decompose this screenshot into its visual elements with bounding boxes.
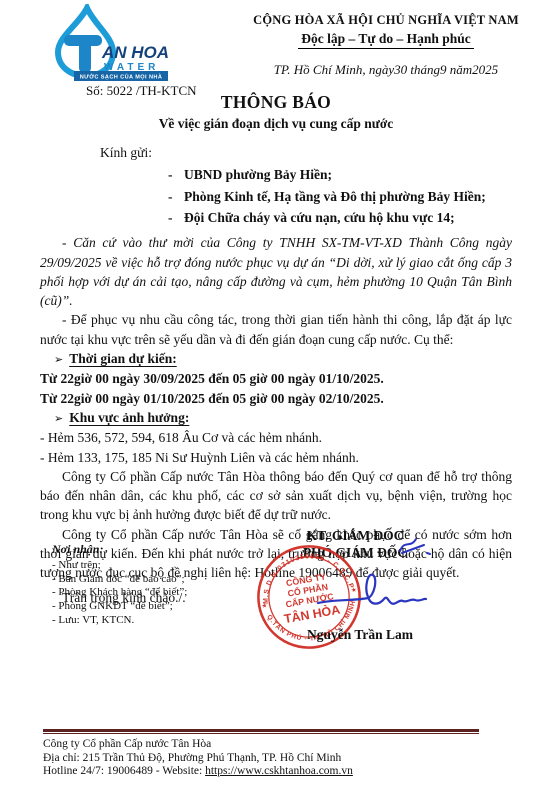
company-logo: AN HOA WATER NƯỚC SẠCH CỦA MỌI NHÀ	[46, 4, 170, 86]
signer-name: Nguyễn Trần Lam	[285, 627, 435, 643]
handwritten-signature	[316, 565, 428, 627]
distribution-item: - Như trên;	[52, 559, 187, 573]
time-line: Từ 22giờ 00 ngày 01/10/2025 đến 05 giờ 0…	[40, 389, 512, 408]
page-subtitle: Về việc gián đoạn dịch vụ cung cấp nước	[40, 114, 512, 133]
arrow-bullet-icon: ➢	[54, 412, 63, 425]
distribution-label: Nơi nhận:	[52, 543, 187, 557]
time-line: Từ 22giờ 00 ngày 30/09/2025 đến 05 giờ 0…	[40, 369, 512, 388]
paragraph-notify: Công ty Cổ phần Cấp nước Tân Hòa thông b…	[40, 467, 512, 525]
pen-initial-mark	[396, 535, 432, 559]
distribution-list: Nơi nhận: - Như trên; - Ban Giám đốc “để…	[52, 543, 187, 628]
area-line: - Hẻm 133, 175, 185 Ni Sư Huỳnh Liên và …	[40, 448, 512, 467]
logo-brand-text: AN HOA	[101, 43, 169, 62]
pen-mark-icon	[396, 535, 432, 559]
time-heading-text: Thời gian dự kiến:	[69, 351, 177, 366]
website-link[interactable]: https://www.cskhtanhoa.com.vn	[205, 765, 353, 777]
arrow-bullet-icon: ➢	[54, 353, 63, 366]
dash-bullet: -	[168, 186, 184, 208]
dash-bullet: -	[168, 164, 184, 186]
paragraph-purpose: - Để phục vụ nhu cầu công tác, trong thờ…	[40, 310, 512, 349]
page-footer: Công ty Cổ phần Cấp nước Tân Hòa Địa chỉ…	[43, 729, 479, 779]
dash-bullet: -	[168, 207, 184, 229]
footer-company: Công ty Cổ phần Cấp nước Tân Hòa	[43, 738, 479, 752]
area-heading: ➢Khu vực ảnh hưởng:	[54, 408, 512, 428]
area-heading-text: Khu vực ảnh hưởng:	[69, 410, 189, 425]
time-heading: ➢Thời gian dự kiến:	[54, 349, 512, 369]
recipient-text: UBND phường Bảy Hiền;	[184, 164, 332, 186]
salutation: Kính gửi:	[100, 143, 512, 162]
recipient-item: - Phòng Kinh tế, Hạ tầng và Đô thị phườn…	[168, 186, 512, 208]
signature-scribble-icon	[316, 565, 428, 627]
stamp-star-left-icon: ★	[261, 602, 268, 610]
recipient-item: - Đội Chữa cháy và cứu nạn, cứu hộ khu v…	[168, 207, 512, 229]
recipient-text: Đội Chữa cháy và cứu nạn, cứu hộ khu vực…	[184, 207, 455, 229]
national-header: CỘNG HÒA XÃ HỘI CHỦ NGHĨA VIỆT NAM Độc l…	[235, 13, 537, 78]
national-motto: Độc lập – Tự do – Hạnh phúc	[298, 31, 474, 49]
distribution-item: - Phòng Khách hàng “để biết”;	[52, 586, 187, 600]
distribution-item: - Lưu: VT, KTCN.	[52, 614, 187, 628]
footer-rule-thin	[43, 733, 479, 734]
recipient-text: Phòng Kinh tế, Hạ tầng và Đô thị phường …	[184, 186, 486, 208]
footer-hotline-prefix: Hotline 24/7: 19006489 - Website:	[43, 765, 205, 777]
place-date-line: TP. Hồ Chí Minh, ngày30 tháng9 năm2025	[235, 62, 537, 78]
footer-hotline-line: Hotline 24/7: 19006489 - Website: https:…	[43, 765, 479, 779]
page-title: THÔNG BÁO	[40, 93, 512, 112]
national-title: CỘNG HÒA XÃ HỘI CHỦ NGHĨA VIỆT NAM	[235, 13, 537, 28]
paragraph-basis: - Căn cứ vào thư mời của Công ty TNHH SX…	[40, 233, 512, 310]
logo-t-stem	[79, 35, 91, 73]
distribution-item: - Phòng GNKDT “để biết”;	[52, 600, 187, 614]
footer-rule-thick	[43, 729, 479, 732]
logo-tagline: NƯỚC SẠCH CỦA MỌI NHÀ	[80, 73, 163, 81]
recipient-item: - UBND phường Bảy Hiền;	[168, 164, 512, 186]
area-line: - Hẻm 536, 572, 594, 618 Âu Cơ và các hẻ…	[40, 428, 512, 447]
footer-address: Địa chỉ: 215 Trần Thủ Độ, Phường Phú Thạ…	[43, 752, 479, 766]
water-drop-logo-icon: AN HOA WATER NƯỚC SẠCH CỦA MỌI NHÀ	[46, 4, 170, 81]
distribution-item: - Ban Giám đốc “để báo cáo”;	[52, 573, 187, 587]
document-page: AN HOA WATER NƯỚC SẠCH CỦA MỌI NHÀ Số: 5…	[0, 0, 550, 785]
